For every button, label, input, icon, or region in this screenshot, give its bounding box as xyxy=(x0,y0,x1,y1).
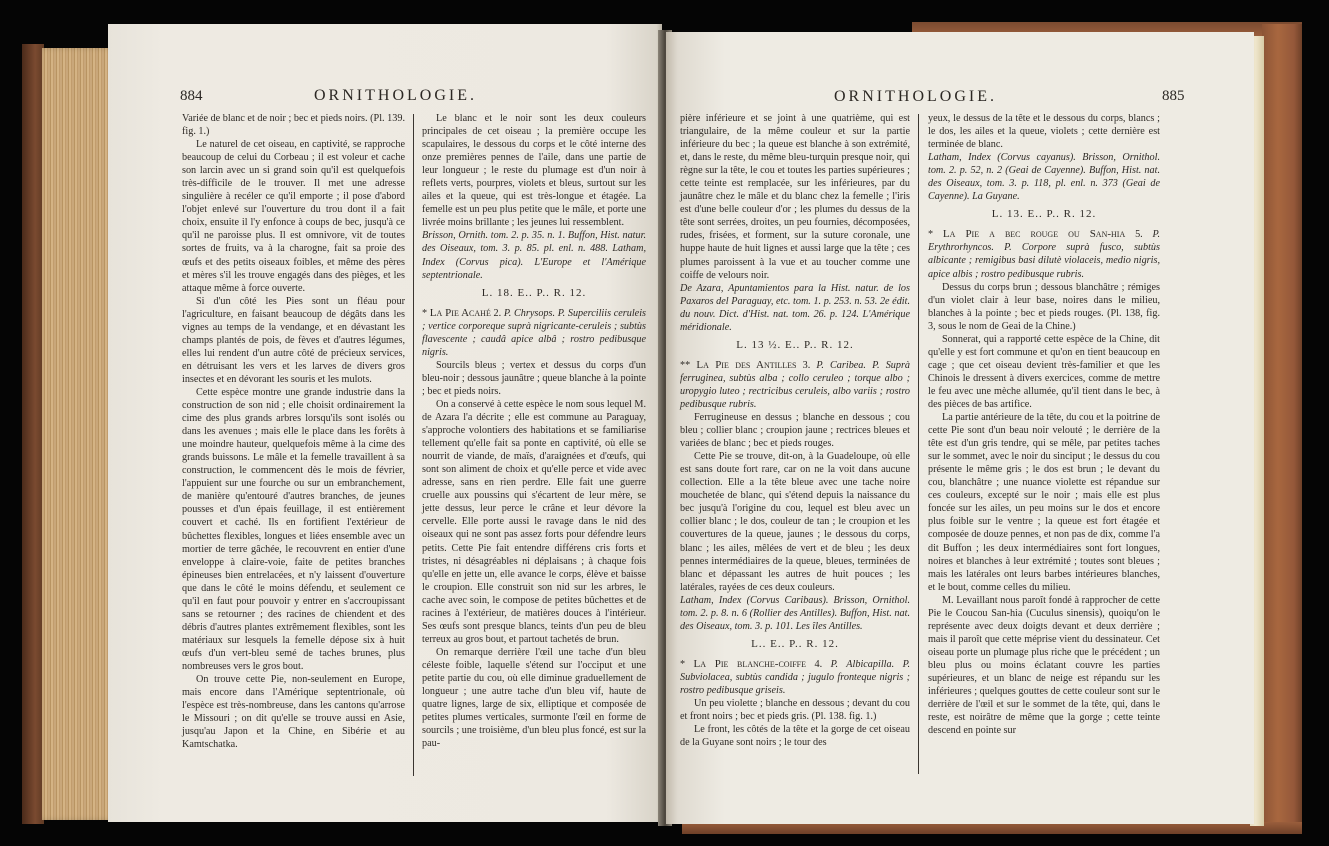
paragraph: On trouve cette Pie, non-seulement en Eu… xyxy=(182,673,405,751)
page-number: 884 xyxy=(180,88,203,105)
reference: De Azara, Apuntamientos para la Hist. na… xyxy=(680,282,910,334)
paragraph: Sonnerat, qui a rapporté cette espèce de… xyxy=(928,333,1160,411)
species-heading: * La Pie Acahé 2. P. Chrysops. P. Superc… xyxy=(422,307,646,359)
column-divider xyxy=(413,114,414,776)
paragraph: Cette Pie se trouve, dit-on, à la Guadel… xyxy=(680,450,910,594)
measurements: L. 13 ½. E.. P.. R. 12. xyxy=(680,339,910,352)
paragraph: Le naturel de cet oiseau, en captivité, … xyxy=(182,138,405,295)
species-heading: ** La Pie des Antilles 3. P. Caribea. P.… xyxy=(680,359,910,411)
paragraph: On remarque derrière l'œil une tache d'u… xyxy=(422,646,646,750)
species-heading: * La Pie a bec rouge ou San-hia 5. P. Er… xyxy=(928,228,1160,280)
species-name: La Pie des Antilles xyxy=(696,359,796,371)
column-divider xyxy=(918,114,919,774)
paragraph: Un peu violette ; blanche en dessous ; d… xyxy=(680,697,910,723)
reference: Latham, Index (Corvus cayanus). Brisson,… xyxy=(928,151,1160,203)
paragraph: yeux, le dessus de la tête et le dessous… xyxy=(928,112,1160,151)
paragraph: Ferrugineuse en dessus ; blanche en dess… xyxy=(680,411,910,450)
left-page-column-1: Variée de blanc et de noir ; bec et pied… xyxy=(182,112,405,751)
species-name: La Pie a bec rouge ou San-hia xyxy=(943,228,1125,240)
left-page: 884 ORNITHOLOGIE. Variée de blanc et de … xyxy=(108,24,662,822)
paragraph: La partie antérieure de la tête, du cou … xyxy=(928,411,1160,594)
page-number: 885 xyxy=(1162,88,1185,105)
species-name: La Pie blanche-coiffe xyxy=(694,658,806,670)
paragraph: Le blanc et le noir sont les deux couleu… xyxy=(422,112,646,229)
paragraph: Sourcils bleus ; vertex et dessus du cor… xyxy=(422,359,646,398)
paragraph: Variée de blanc et de noir ; bec et pied… xyxy=(182,112,405,138)
paragraph: Le front, les côtés de la tête et la gor… xyxy=(680,723,910,749)
running-head: ORNITHOLOGIE. xyxy=(834,88,997,106)
book-cover-left xyxy=(22,44,44,824)
running-head: ORNITHOLOGIE. xyxy=(314,87,477,105)
paragraph: Si d'un côté les Pies sont un fléau pour… xyxy=(182,295,405,386)
reference: Brisson, Ornith. tom. 2. p. 35. n. 1. Bu… xyxy=(422,229,646,281)
right-page: ORNITHOLOGIE. 885 pière inférieure et se… xyxy=(666,32,1254,824)
measurements: L. 13. E.. P.. R. 12. xyxy=(928,208,1160,221)
paragraph: On a conservé à cette espèce le nom sous… xyxy=(422,398,646,646)
right-page-column-2: yeux, le dessus de la tête et le dessous… xyxy=(928,112,1160,737)
paragraph: Cette espèce montre une grande industrie… xyxy=(182,386,405,673)
measurements: L. 18. E.. P.. R. 12. xyxy=(422,287,646,300)
paragraph: pière inférieure et se joint à une quatr… xyxy=(680,112,910,282)
paragraph: Dessus du corps brun ; dessous blanchâtr… xyxy=(928,281,1160,333)
measurements: L.. E.. P.. R. 12. xyxy=(680,638,910,651)
book-cover-right xyxy=(1262,24,1302,832)
paragraph: M. Levaillant nous paroît fondé à rappro… xyxy=(928,594,1160,738)
open-book: 884 ORNITHOLOGIE. Variée de blanc et de … xyxy=(22,12,1285,834)
species-heading: * La Pie blanche-coiffe 4. P. Albicapill… xyxy=(680,658,910,697)
left-page-column-2: Le blanc et le noir sont les deux couleu… xyxy=(422,112,646,750)
right-page-column-1: pière inférieure et se joint à une quatr… xyxy=(680,112,910,749)
reference: Latham, Index (Corvus Caribaus). Brisson… xyxy=(680,594,910,633)
species-name: La Pie Acahé xyxy=(430,307,491,319)
